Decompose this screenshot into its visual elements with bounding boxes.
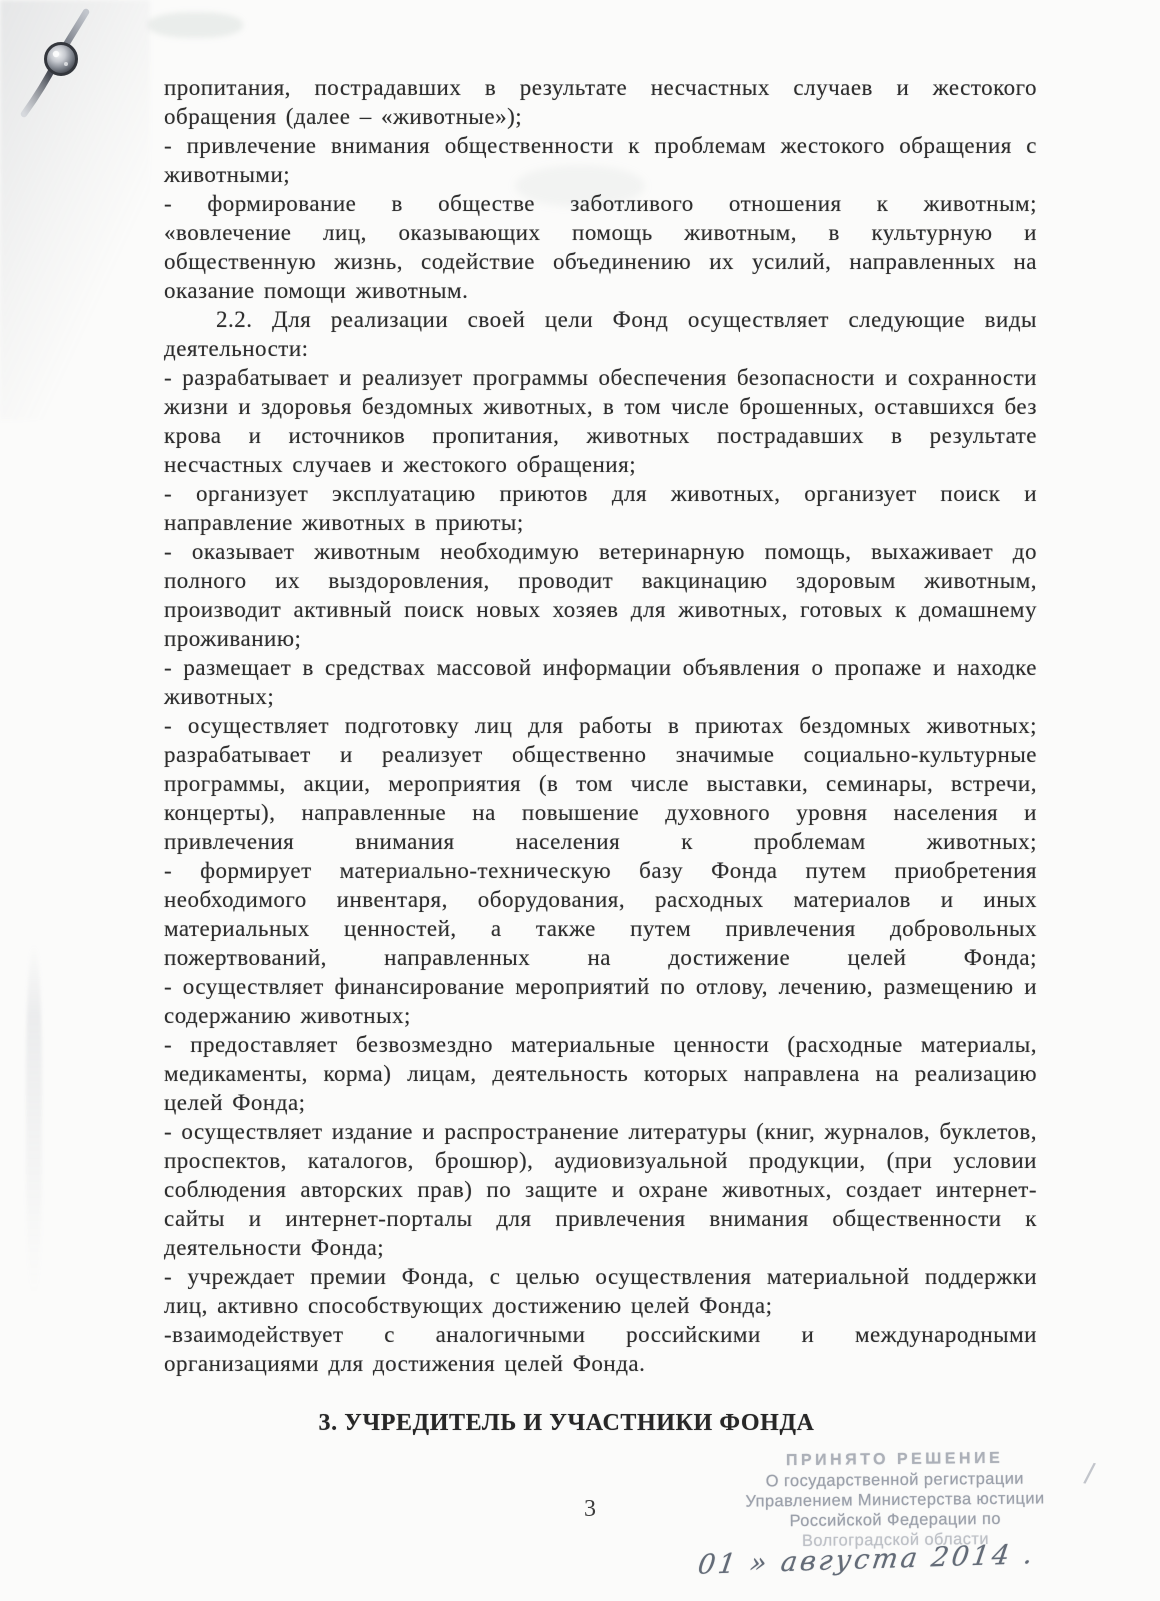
section-heading: 3. УЧРЕДИТЕЛЬ И УЧАСТНИКИ ФОНДА	[130, 1410, 1003, 1437]
body-paragraph: -взаимодействует с аналогичными российск…	[164, 1320, 1037, 1378]
scan-smudge	[26, 945, 42, 1295]
body-paragraph: - формирование в обществе заботливого от…	[164, 189, 1037, 218]
body-paragraph: 2.2. Для реализации своей цели Фонд осущ…	[164, 305, 1037, 363]
body-paragraph: - привлечение внимания общественности к …	[164, 131, 1037, 189]
body-paragraph: - осуществляет издание и распространение…	[164, 1117, 1037, 1262]
body-paragraph: - осуществляет финансирование мероприяти…	[164, 972, 1037, 1030]
body-paragraph: - формирует материально-техническую базу…	[164, 856, 1037, 972]
document-body: пропитания, пострадавших в результате не…	[164, 73, 1037, 1378]
body-paragraph: - размещает в средствах массовой информа…	[164, 653, 1037, 711]
body-paragraph: «вовлечение лиц, оказывающих помощь живо…	[164, 218, 1037, 305]
body-paragraph: - оказывает животным необходимую ветерин…	[164, 537, 1037, 653]
binding-grommet-icon	[6, 6, 121, 141]
scan-smudge	[148, 12, 243, 38]
body-paragraph: - осуществляет подготовку лиц для работы…	[164, 711, 1037, 856]
body-paragraph: - разрабатывает и реализует программы об…	[164, 363, 1037, 479]
body-paragraph: - предоставляет безвозмездно материальны…	[164, 1030, 1037, 1117]
page-number: 3	[570, 1496, 610, 1523]
body-paragraph: пропитания, пострадавших в результате не…	[164, 73, 1037, 131]
scanned-page: пропитания, пострадавших в результате не…	[0, 0, 1160, 1601]
body-paragraph: - учреждает премии Фонда, с целью осущес…	[164, 1262, 1037, 1320]
registration-stamp: ПРИНЯТО РЕШЕНИЕ О государственной регист…	[694, 1448, 1095, 1552]
body-paragraph: - организует эксплуатацию приютов для жи…	[164, 479, 1037, 537]
